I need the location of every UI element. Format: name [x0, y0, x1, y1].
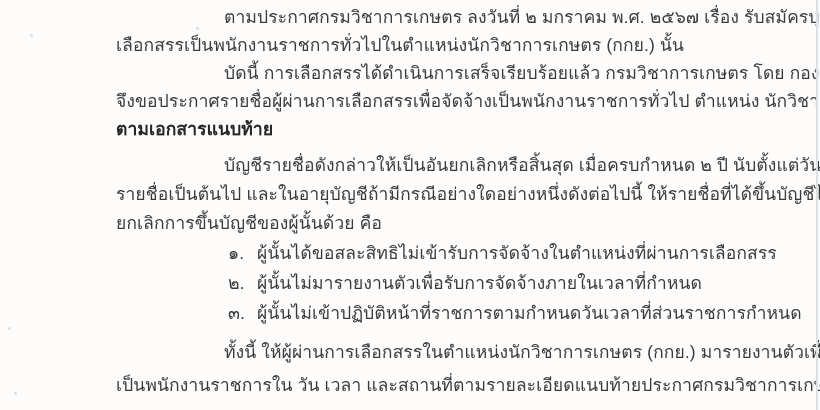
- condition-2-number: ๒.: [228, 270, 245, 296]
- scan-edge-line: [816, 0, 818, 410]
- condition-item-3: ๓.ผู้นั้นไม่เข้าปฏิบัติหน้าที่ราชการตามก…: [228, 300, 802, 326]
- paragraph-announcement-line-1: บัดนี้ การเลือกสรรได้ดำเนินการเสร็จเรียบ…: [224, 60, 820, 86]
- paragraph-validity-line-1: บัญชีรายชื่อดังกล่าวให้เป็นอันยกเลิกหรือ…: [224, 152, 820, 178]
- paragraph-announcement-line-3-bold: ตามเอกสารแนบท้าย: [116, 116, 273, 142]
- scan-speck: [30, 34, 33, 37]
- paragraph-reporting-line-1: ทั้งนี้ ให้ผู้ผ่านการเลือกสรรในตำแหน่งนั…: [224, 339, 820, 365]
- scan-speck: [8, 327, 11, 330]
- condition-1-text: ผู้นั้นได้ขอสละสิทธิไม่เข้ารับการจัดจ้าง…: [257, 243, 777, 263]
- condition-3-number: ๓.: [228, 300, 245, 326]
- paragraph-reference-line-1: ตามประกาศกรมวิชาการเกษตร ลงวันที่ ๒ มกรา…: [224, 4, 820, 30]
- scan-speck: [14, 392, 17, 395]
- condition-item-2: ๒.ผู้นั้นไม่มารายงานตัวเพื่อรับการจัดจ้า…: [228, 270, 702, 296]
- paragraph-validity-line-2: รายชื่อเป็นต้นไป และในอายุบัญชีถ้ามีกรณี…: [116, 181, 820, 207]
- document-page: ตามประกาศกรมวิชาการเกษตร ลงวันที่ ๒ มกรา…: [0, 0, 820, 410]
- condition-3-text: ผู้นั้นไม่เข้าปฏิบัติหน้าที่ราชการตามกำห…: [257, 303, 802, 323]
- condition-1-number: ๑.: [228, 240, 245, 266]
- scan-speck: [196, 27, 199, 30]
- condition-2-text: ผู้นั้นไม่มารายงานตัวเพื่อรับการจัดจ้างภ…: [257, 273, 702, 293]
- paragraph-validity-line-3: ยกเลิกการขึ้นบัญชีของผู้นั้นด้วย คือ: [116, 210, 382, 236]
- condition-item-1: ๑.ผู้นั้นได้ขอสละสิทธิไม่เข้ารับการจัดจ้…: [228, 240, 777, 266]
- paragraph-reporting-line-2: เป็นพนักงานราชการใน วัน เวลา และสถานที่ต…: [116, 372, 820, 398]
- paragraph-announcement-line-2: จึงขอประกาศรายชื่อผู้ผ่านการเลือกสรรเพื่…: [116, 88, 820, 114]
- paragraph-reference-line-2: เลือกสรรเป็นพนักงานราชการทั่วไปในตำแหน่ง…: [116, 32, 684, 58]
